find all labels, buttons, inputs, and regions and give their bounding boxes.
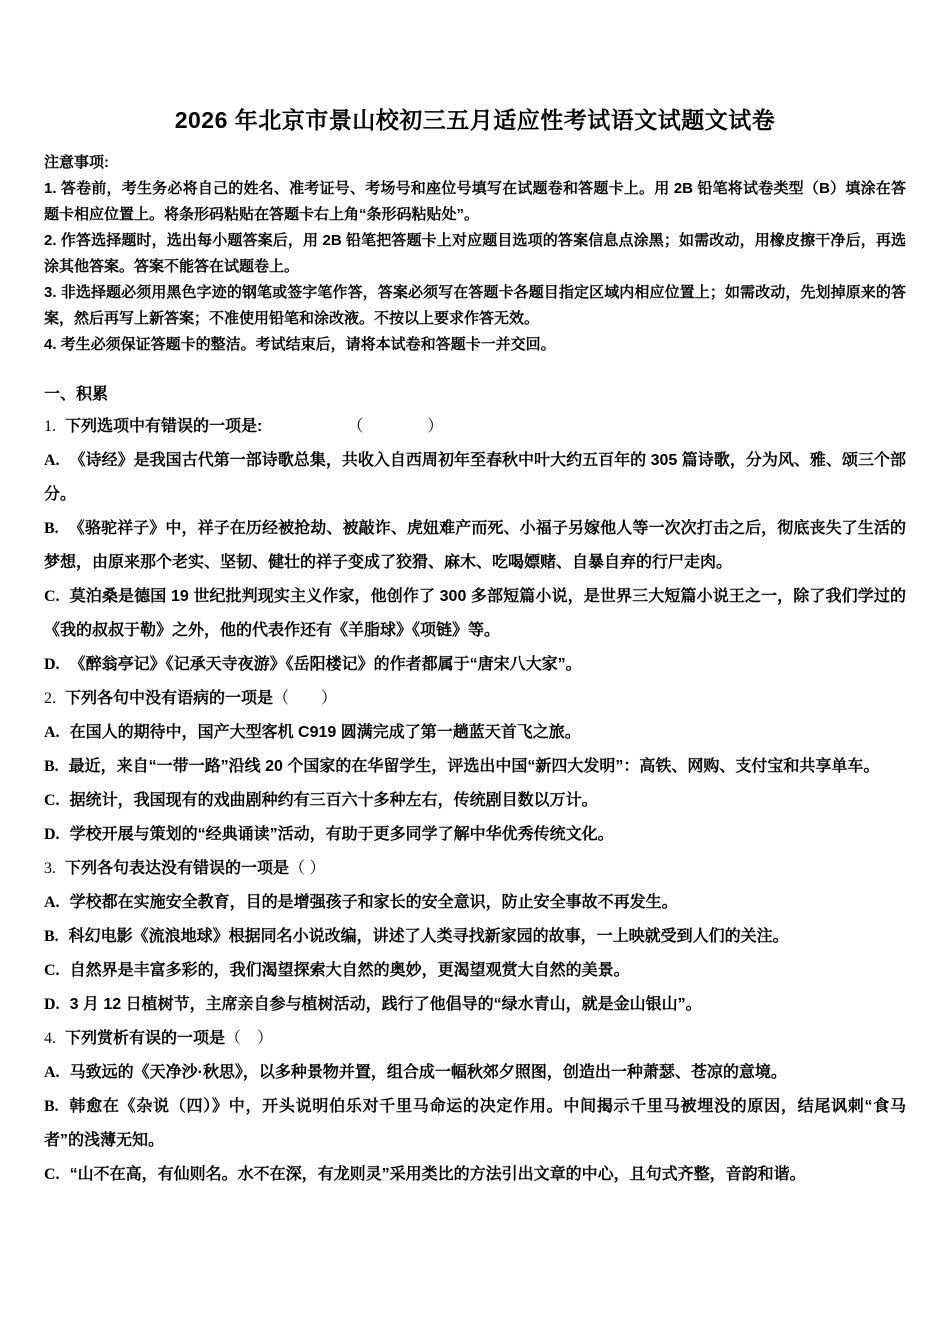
option-label-d: D. (44, 996, 60, 1013)
option-label-b: B. (44, 1098, 59, 1115)
question-3: 3.下列各句表达没有错误的一项是（ ） A.学校都在实施安全教育，目的是增强孩子… (44, 852, 906, 1022)
option-label-c: C. (44, 588, 60, 605)
option-text: 马致远的《天净沙·秋思》，以多种景物并置，组合成一幅秋郊夕照图，创造出一种萧瑟、… (70, 1064, 787, 1081)
option-label-b: B. (44, 520, 59, 537)
question-4-option-c: C.“山不在高，有仙则名。水不在深，有龙则灵”采用类比的方法引出文章的中心，且句… (44, 1158, 906, 1192)
question-2-option-a: A.在国人的期待中，国产大型客机 C919 圆满完成了第一趟蓝天首飞之旅。 (44, 716, 906, 750)
question-4-answer-bracket: （ ） (225, 1030, 273, 1047)
question-1-option-b: B.《骆驼祥子》中，祥子在历经被抢劫、被敲诈、虎妞难产而死、小福子另嫁他人等一次… (44, 512, 906, 580)
option-label-d: D. (44, 656, 60, 673)
question-4-option-a: A.马致远的《天净沙·秋思》，以多种景物并置，组合成一幅秋郊夕照图，创造出一种萧… (44, 1056, 906, 1090)
option-text: 韩愈在《杂说（四）》中，开头说明伯乐对千里马命运的决定作用。中间揭示千里马被埋没… (44, 1098, 906, 1149)
question-2-option-c: C.据统计，我国现有的戏曲剧种约有三百六十多种左右，传统剧目数以万计。 (44, 784, 906, 818)
question-4-option-b: B.韩愈在《杂说（四）》中，开头说明伯乐对千里马命运的决定作用。中间揭示千里马被… (44, 1090, 906, 1158)
question-1-stem: 1.下列选项中有错误的一项是:（ ） (44, 410, 906, 444)
option-text: 学校都在实施安全教育，目的是增强孩子和家长的安全意识，防止安全事故不再发生。 (70, 894, 678, 911)
question-3-option-d: D.3 月 12 日植树节，主席亲自参与植树活动，践行了他倡导的“绿水青山，就是… (44, 988, 906, 1022)
option-label-a: A. (44, 452, 60, 469)
option-label-d: D. (44, 826, 60, 843)
option-text: 莫泊桑是德国 19 世纪批判现实主义作家，他创作了 300 多部短篇小说，是世界… (44, 588, 906, 639)
option-text: 《骆驼祥子》中，祥子在历经被抢劫、被敲诈、虎妞难产而死、小福子另嫁他人等一次次打… (44, 520, 906, 571)
option-text: 3 月 12 日植树节，主席亲自参与植树活动，践行了他倡导的“绿水青山，就是金山… (70, 996, 702, 1013)
question-3-stem: 3.下列各句表达没有错误的一项是（ ） (44, 852, 906, 886)
option-label-c: C. (44, 792, 60, 809)
option-text: 科幻电影《流浪地球》根据同名小说改编，讲述了人类寻找新家园的故事，一上映就受到人… (69, 928, 789, 945)
question-3-answer-bracket: （ ） (289, 860, 325, 877)
question-3-stem-text: 下列各句表达没有错误的一项是 (65, 860, 289, 877)
question-3-number: 3. (44, 860, 56, 877)
option-text: 学校开展与策划的“经典诵读”活动，有助于更多同学了解中华优秀传统文化。 (70, 826, 614, 843)
question-3-option-c: C.自然界是丰富多彩的，我们渴望探索大自然的奥妙，更渴望观赏大自然的美景。 (44, 954, 906, 988)
option-text: 最近，来自“一带一路”沿线 20 个国家的在华留学生，评选出中国“新四大发明”：… (69, 758, 880, 775)
question-1-number: 1. (44, 418, 56, 435)
notice-heading: 注意事项: (44, 150, 906, 176)
option-label-c: C. (44, 1166, 60, 1183)
option-label-b: B. (44, 758, 59, 775)
notice-item-1: 1. 答卷前，考生务必将自己的姓名、准考证号、考场号和座位号填写在试题卷和答题卡… (44, 176, 906, 228)
question-2: 2.下列各句中没有语病的一项是（ ） A.在国人的期待中，国产大型客机 C919… (44, 682, 906, 852)
notice-item-2: 2. 作答选择题时，选出每小题答案后，用 2B 铅笔把答题卡上对应题目选项的答案… (44, 228, 906, 280)
question-1-option-c: C.莫泊桑是德国 19 世纪批判现实主义作家，他创作了 300 多部短篇小说，是… (44, 580, 906, 648)
question-4-number: 4. (44, 1030, 56, 1047)
question-1: 1.下列选项中有错误的一项是:（ ） A.《诗经》是我国古代第一部诗歌总集，共收… (44, 410, 906, 682)
question-4-stem: 4.下列赏析有误的一项是（ ） (44, 1022, 906, 1056)
option-text: 在国人的期待中，国产大型客机 C919 圆满完成了第一趟蓝天首飞之旅。 (70, 724, 581, 741)
questions-list: 1.下列选项中有错误的一项是:（ ） A.《诗经》是我国古代第一部诗歌总集，共收… (44, 410, 906, 1192)
option-label-b: B. (44, 928, 59, 945)
question-3-option-b: B.科幻电影《流浪地球》根据同名小说改编，讲述了人类寻找新家园的故事，一上映就受… (44, 920, 906, 954)
question-2-stem-text: 下列各句中没有语病的一项是 (65, 690, 273, 707)
notice-section: 注意事项: 1. 答卷前，考生务必将自己的姓名、准考证号、考场号和座位号填写在试… (44, 150, 906, 358)
question-2-option-b: B.最近，来自“一带一路”沿线 20 个国家的在华留学生，评选出中国“新四大发明… (44, 750, 906, 784)
option-text: 据统计，我国现有的戏曲剧种约有三百六十多种左右，传统剧目数以万计。 (70, 792, 598, 809)
option-text: 《诗经》是我国古代第一部诗歌总集，共收入自西周初年至春秋中叶大约五百年的 305… (44, 452, 906, 503)
option-text: 自然界是丰富多彩的，我们渴望探索大自然的奥妙，更渴望观赏大自然的美景。 (70, 962, 630, 979)
page-title: 2026 年北京市景山校初三五月适应性考试语文试题文试卷 (44, 106, 906, 134)
question-4: 4.下列赏析有误的一项是（ ） A.马致远的《天净沙·秋思》，以多种景物并置，组… (44, 1022, 906, 1192)
question-4-stem-text: 下列赏析有误的一项是 (65, 1030, 225, 1047)
section-heading-accumulation: 一、积累 (44, 380, 906, 410)
option-label-a: A. (44, 1064, 60, 1081)
option-text: 《醉翁亭记》《记承天寺夜游》《岳阳楼记》的作者都属于“唐宋八大家”。 (70, 656, 582, 673)
option-label-a: A. (44, 894, 60, 911)
question-1-stem-text: 下列选项中有错误的一项是: (65, 418, 262, 435)
notice-item-4: 4. 考生必须保证答题卡的整洁。考试结束后，请将本试卷和答题卡一并交回。 (44, 332, 906, 358)
question-1-answer-bracket: （ ） (347, 418, 443, 435)
option-text: “山不在高，有仙则名。水不在深，有龙则灵”采用类比的方法引出文章的中心，且句式齐… (70, 1166, 806, 1183)
exam-paper-page: 2026 年北京市景山校初三五月适应性考试语文试题文试卷 注意事项: 1. 答卷… (0, 0, 950, 1344)
question-1-option-d: D.《醉翁亭记》《记承天寺夜游》《岳阳楼记》的作者都属于“唐宋八大家”。 (44, 648, 906, 682)
question-2-answer-bracket: （ ） (273, 690, 337, 707)
option-label-a: A. (44, 724, 60, 741)
question-1-option-a: A.《诗经》是我国古代第一部诗歌总集，共收入自西周初年至春秋中叶大约五百年的 3… (44, 444, 906, 512)
option-label-c: C. (44, 962, 60, 979)
notice-item-3: 3. 非选择题必须用黑色字迹的钢笔或签字笔作答，答案必须写在答题卡各题目指定区域… (44, 280, 906, 332)
question-2-stem: 2.下列各句中没有语病的一项是（ ） (44, 682, 906, 716)
question-3-option-a: A.学校都在实施安全教育，目的是增强孩子和家长的安全意识，防止安全事故不再发生。 (44, 886, 906, 920)
question-2-number: 2. (44, 690, 56, 707)
question-2-option-d: D.学校开展与策划的“经典诵读”活动，有助于更多同学了解中华优秀传统文化。 (44, 818, 906, 852)
